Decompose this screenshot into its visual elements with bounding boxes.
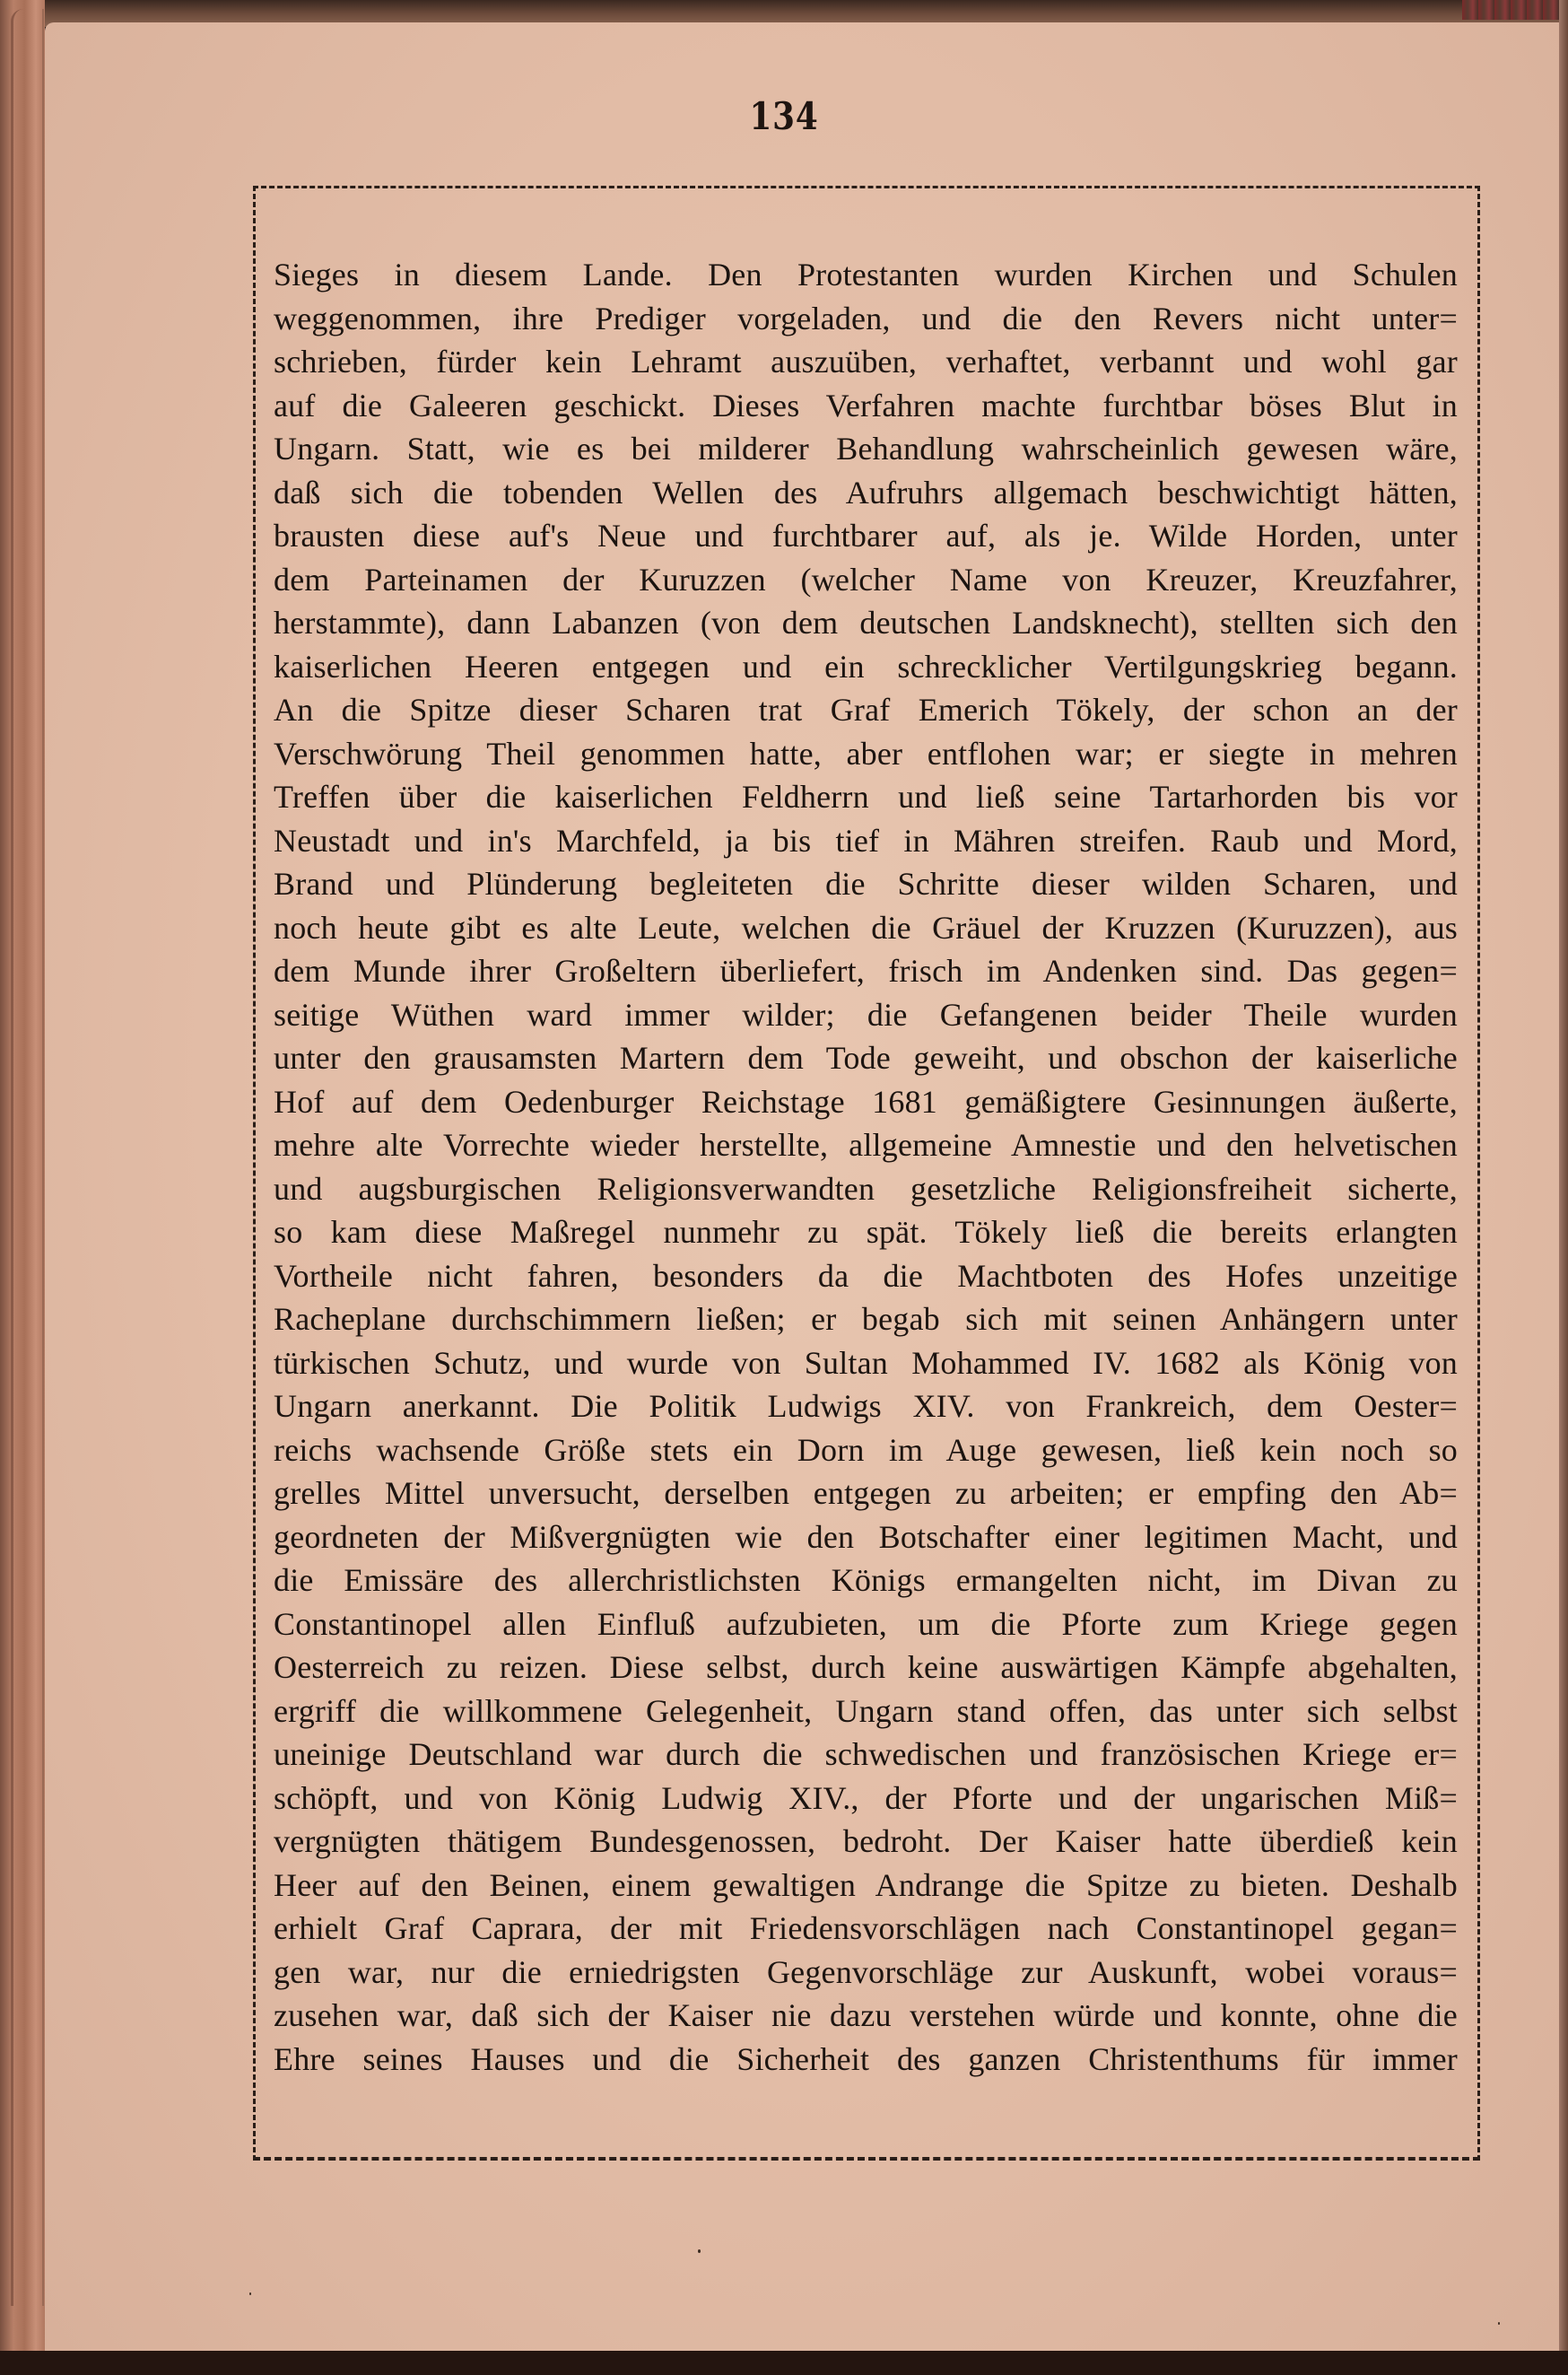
text-line: Constantinopel allen Einfluß aufzubieten… <box>274 1602 1458 1646</box>
text-line: Ungarn. Statt, wie es bei milderer Behan… <box>274 427 1458 471</box>
text-line: so kam diese Maßregel nunmehr zu spät. T… <box>274 1210 1458 1254</box>
book-page-edge-right <box>1559 0 1568 2375</box>
text-line: seitige Wüthen ward immer wilder; die Ge… <box>274 993 1458 1037</box>
text-line: Racheplane durchschimmern ließen; er beg… <box>274 1297 1458 1341</box>
text-line: kaiserlichen Heeren entgegen und ein sch… <box>274 645 1458 689</box>
text-line: Oesterreich zu reizen. Diese selbst, dur… <box>274 1646 1458 1690</box>
text-line: Verschwörung Theil genommen hatte, aber … <box>274 732 1458 776</box>
text-line: geordneten der Mißvergnügten wie den Bot… <box>274 1515 1458 1559</box>
text-line: Hof auf dem Oedenburger Reichstage 1681 … <box>274 1080 1458 1124</box>
text-line: reichs wachsende Größe stets ein Dorn im… <box>274 1428 1458 1472</box>
text-line: weggenommen, ihre Prediger vorgeladen, u… <box>274 297 1458 341</box>
text-line: Ehre seines Hauses und die Sicherheit de… <box>274 2038 1458 2082</box>
text-line: gen war, nur die erniedrigsten Gegenvors… <box>274 1951 1458 1995</box>
body-text: Sieges in diesem Lande. Den Protestanten… <box>274 253 1458 2081</box>
text-line: mehre alte Vorrechte wieder herstellte, … <box>274 1123 1458 1167</box>
paper-speck <box>249 2292 251 2295</box>
text-line: Treffen über die kaiserlichen Feldherrn … <box>274 775 1458 819</box>
text-line: dem Parteinamen der Kuruzzen (welcher Na… <box>274 558 1458 602</box>
text-line: schöpft, und von König Ludwig XIV., der … <box>274 1777 1458 1821</box>
text-line: grelles Mittel unversucht, derselben ent… <box>274 1471 1458 1515</box>
text-line: brausten diese auf's Neue und furchtbare… <box>274 514 1458 558</box>
text-line: Neustadt und in's Marchfeld, ja bis tief… <box>274 819 1458 863</box>
text-line: schrieben, fürder kein Lehramt auszuüben… <box>274 340 1458 384</box>
text-line: An die Spitze dieser Scharen trat Graf E… <box>274 688 1458 732</box>
text-line: noch heute gibt es alte Leute, welchen d… <box>274 906 1458 950</box>
text-line: vergnügten thätigem Bundesgenossen, bedr… <box>274 1820 1458 1864</box>
text-line: erhielt Graf Caprara, der mit Friedensvo… <box>274 1907 1458 1951</box>
paper-speck <box>1498 2322 1500 2325</box>
text-line: zusehen war, daß sich der Kaiser nie daz… <box>274 1994 1458 2038</box>
book-cover-corner <box>1462 0 1568 20</box>
text-line: Heer auf den Beinen, einem gewaltigen An… <box>274 1864 1458 1908</box>
page-number: 134 <box>118 94 1450 138</box>
text-line: uneinige Deutschland war durch die schwe… <box>274 1733 1458 1777</box>
paper-speck <box>698 2249 701 2253</box>
text-line: Sieges in diesem Lande. Den Protestanten… <box>274 253 1458 297</box>
text-line: ergriff die willkommene Gelegenheit, Ung… <box>274 1690 1458 1733</box>
text-line: die Emissäre des allerchristlichsten Kön… <box>274 1559 1458 1602</box>
text-line: Ungarn anerkannt. Die Politik Ludwigs XI… <box>274 1384 1458 1428</box>
text-line: unter den grausamsten Martern dem Tode g… <box>274 1036 1458 1080</box>
binding-fold <box>11 9 44 2306</box>
text-line: Vortheile nicht fahren, besonders da die… <box>274 1254 1458 1298</box>
text-line: herstammte), dann Labanzen (von dem deut… <box>274 601 1458 645</box>
text-line: auf die Galeeren geschickt. Dieses Verfa… <box>274 384 1458 428</box>
book-binding-left <box>0 0 45 2375</box>
book-bottom-edge <box>0 2351 1568 2375</box>
text-line: daß sich die tobenden Wellen des Aufruhr… <box>274 471 1458 515</box>
text-line: dem Munde ihrer Großeltern überliefert, … <box>274 949 1458 993</box>
text-line: türkischen Schutz, und wurde von Sultan … <box>274 1341 1458 1385</box>
text-line: und augsburgischen Religionsverwandten g… <box>274 1167 1458 1211</box>
text-line: Brand und Plünderung begleiteten die Sch… <box>274 862 1458 906</box>
